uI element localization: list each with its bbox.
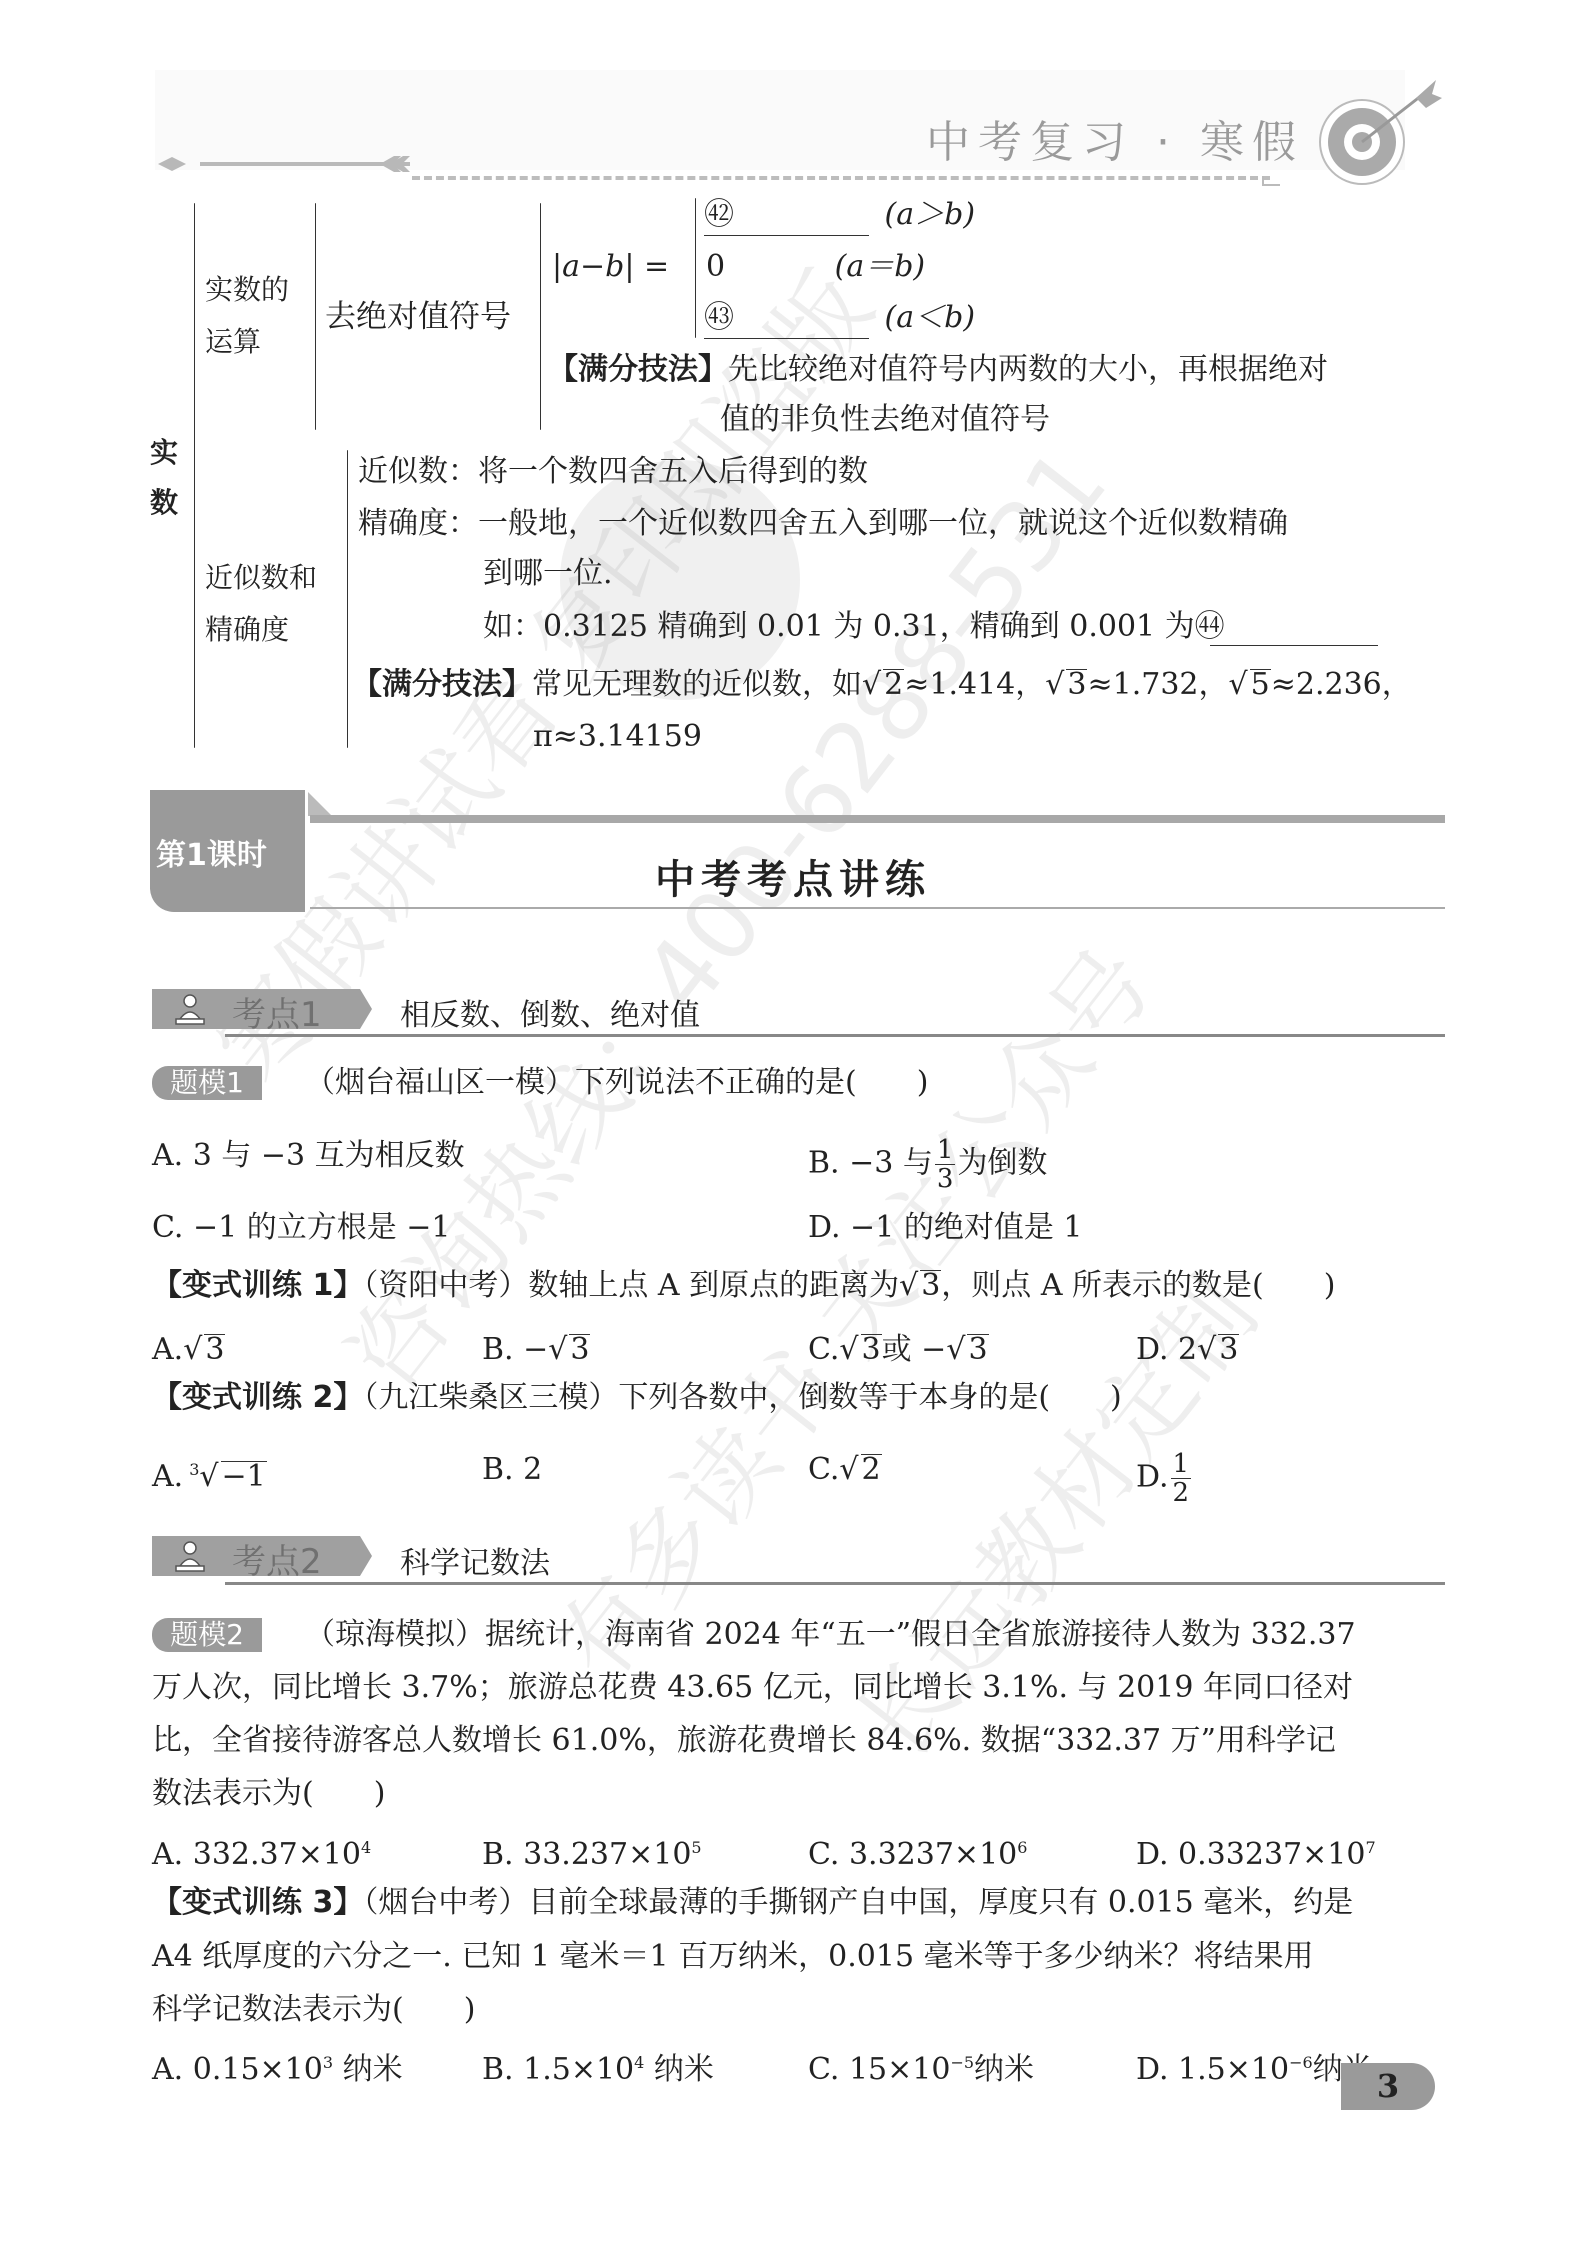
student-reading-icon bbox=[172, 993, 208, 1027]
timo1-stem: （烟台福山区一模）下列说法不正确的是( ) bbox=[305, 1063, 928, 1103]
variant3-option-c[interactable]: C. 15×10−5纳米 bbox=[808, 2043, 1034, 2090]
timo2-option-b[interactable]: B. 33.237×105 bbox=[482, 1828, 702, 1875]
cases-brace bbox=[695, 198, 696, 338]
student-reading-icon bbox=[172, 1540, 208, 1574]
variant1-option-b[interactable]: B. −√3 bbox=[482, 1330, 590, 1370]
variant3-line3: 科学记数法表示为( ) bbox=[152, 1990, 475, 2030]
stem-text: （烟台中考）目前全球最薄的手撕钢产自中国，厚度只有 0.015 毫米，约是 bbox=[363, 1885, 1353, 1920]
timo2-option-d[interactable]: D. 0.33237×107 bbox=[1136, 1828, 1376, 1875]
approx-def2: 精确度：一般地，一个近似数四舍五入到哪一位，就说这个近似数精确 bbox=[358, 504, 1288, 544]
stem-text: （九江柴桑区三模）下列各数中，倒数等于本身的是( ) bbox=[363, 1380, 1121, 1415]
option-text: B. −3 与 bbox=[808, 1146, 933, 1181]
header-arrow-icon bbox=[158, 154, 418, 176]
ops-label-2: 运算 bbox=[205, 322, 261, 362]
timo1-option-a[interactable]: A. 3 与 −3 互为相反数 bbox=[152, 1136, 465, 1176]
lesson-top-bar bbox=[310, 815, 1445, 823]
variant1-stem: 【变式训练 1】（资阳中考）数轴上点 A 到原点的距离为√3，则点 A 所表示的… bbox=[152, 1266, 1335, 1306]
lesson-corner-icon bbox=[308, 792, 332, 816]
variant1-tag: 【变式训练 1】 bbox=[152, 1268, 363, 1303]
tip-text: 先比较绝对值符号内两数的大小，再根据绝对 bbox=[728, 352, 1328, 387]
approx-example: 如：0.3125 精确到 0.01 为 0.31，精确到 0.001 为 bbox=[483, 609, 1195, 644]
sqrt-3: 3 bbox=[1066, 669, 1087, 700]
kaodian1-underline bbox=[225, 1034, 1445, 1037]
variant1-option-a[interactable]: A.√3 bbox=[152, 1330, 225, 1370]
case2-value: 0 bbox=[706, 249, 725, 284]
kaodian2-badge: 考点2 bbox=[152, 1532, 352, 1578]
variant3-option-b[interactable]: B. 1.5×104 纳米 bbox=[482, 2043, 714, 2090]
tip-value: ≈1.414， bbox=[904, 667, 1045, 702]
header-dotted-line bbox=[412, 176, 1270, 180]
timo2-line1: （琼海模拟）据统计，海南省 2024 年“五一”假日全省旅游接待人数为 332.… bbox=[305, 1615, 1356, 1655]
sqrt-3: 3 bbox=[920, 1270, 941, 1301]
marker-43: ㊸ bbox=[704, 300, 734, 335]
timo1-tag: 题模1 bbox=[152, 1066, 262, 1100]
lesson-badge: 第1课时 bbox=[150, 790, 305, 912]
tip-value: ≈2.236， bbox=[1271, 667, 1412, 702]
variant2-option-a[interactable]: A.3√−1 bbox=[152, 1450, 267, 1497]
outline-root-brace bbox=[194, 203, 195, 748]
outline-root-label: 实数 bbox=[150, 428, 184, 528]
lesson-badge-label: 第1课时 bbox=[156, 830, 267, 874]
timo2-option-a[interactable]: A. 332.37×104 bbox=[152, 1828, 371, 1875]
variant3-tag: 【变式训练 3】 bbox=[152, 1885, 363, 1920]
header-line-end-foot bbox=[1262, 184, 1280, 186]
option-text: 为倒数 bbox=[957, 1146, 1047, 1181]
timo2-line4: 数法表示为( ) bbox=[152, 1774, 385, 1814]
variant2-option-c[interactable]: C.√2 bbox=[808, 1450, 882, 1490]
sqrt-2: 2 bbox=[883, 669, 904, 700]
ops-sub-brace bbox=[540, 203, 541, 430]
marker-44: ㊹ bbox=[1195, 609, 1225, 644]
case3-condition: (a＜b) bbox=[885, 300, 976, 335]
approx-label-2: 精确度 bbox=[205, 610, 289, 650]
ops-brace bbox=[315, 203, 316, 430]
variant2-stem: 【变式训练 2】（九江柴桑区三模）下列各数中，倒数等于本身的是( ) bbox=[152, 1378, 1122, 1418]
tip-tag: 【满分技法】 bbox=[352, 667, 532, 702]
kaodian2-badge-label: 考点2 bbox=[232, 1534, 322, 1583]
case2-condition: (a＝b) bbox=[835, 249, 926, 284]
blank-43[interactable]: ㊸ bbox=[704, 298, 869, 339]
tip-tag: 【满分技法】 bbox=[548, 352, 728, 387]
variant2-option-d[interactable]: D.12 bbox=[1136, 1450, 1193, 1507]
variant2-option-b[interactable]: B. 2 bbox=[482, 1450, 542, 1490]
timo2-option-c[interactable]: C. 3.3237×106 bbox=[808, 1828, 1027, 1875]
lesson-title: 中考考点讲练 bbox=[655, 848, 931, 905]
target-arrow-icon bbox=[1318, 78, 1458, 198]
blank-44[interactable] bbox=[1210, 645, 1378, 646]
variant3-option-d[interactable]: D. 1.5×10−6纳米 bbox=[1136, 2043, 1373, 2090]
timo2-line2: 万人次，同比增长 3.7%；旅游总花费 43.65 亿元，同比增长 3.1%. … bbox=[152, 1668, 1353, 1708]
kaodian1-badge: 考点1 bbox=[152, 985, 352, 1031]
variant3-line2: A4 纸厚度的六分之一. 已知 1 毫米＝1 百万纳米，0.015 毫米等于多少… bbox=[152, 1937, 1314, 1977]
approx-label-1: 近似数和 bbox=[205, 558, 317, 598]
fraction: 13 bbox=[935, 1136, 956, 1193]
tip-text: 常见无理数的近似数，如 bbox=[532, 667, 862, 702]
variant3-option-a[interactable]: A. 0.15×103 纳米 bbox=[152, 2043, 403, 2090]
sqrt-5: 5 bbox=[1250, 669, 1271, 700]
timo2-tag: 题模2 bbox=[152, 1618, 262, 1652]
tip-value: ≈1.732， bbox=[1087, 667, 1228, 702]
approx-brace bbox=[347, 450, 348, 748]
blank-42[interactable]: ㊷ bbox=[704, 195, 869, 236]
kaodian2-title: 科学记数法 bbox=[400, 1538, 550, 1582]
timo2-line3: 比，全省接待游客总人数增长 61.0%，旅游花费增长 84.6%. 数据“332… bbox=[152, 1721, 1336, 1761]
variant1-option-d[interactable]: D. 2√3 bbox=[1136, 1330, 1239, 1370]
lesson-bottom-line bbox=[310, 907, 1445, 909]
timo1-option-b[interactable]: B. −3 与13为倒数 bbox=[808, 1136, 1047, 1193]
approx-def2-cont: 到哪一位. bbox=[483, 554, 613, 594]
variant3-line1: 【变式训练 3】（烟台中考）目前全球最薄的手撕钢产自中国，厚度只有 0.015 … bbox=[152, 1883, 1353, 1923]
header-title: 中考复习 · 寒假 bbox=[926, 106, 1304, 170]
tip-text-cont: 值的非负性去绝对值符号 bbox=[720, 400, 1050, 440]
marker-42: ㊷ bbox=[704, 197, 734, 232]
case1-condition: (a＞b) bbox=[885, 197, 976, 232]
timo1-option-c[interactable]: C. −1 的立方根是 −1 bbox=[152, 1208, 450, 1248]
abs-formula-lhs: |a−b| = bbox=[552, 247, 669, 287]
ops-label-1: 实数的 bbox=[205, 270, 289, 310]
page-number: 3 bbox=[1341, 2063, 1435, 2110]
variant1-option-c[interactable]: C.√3或 −√3 bbox=[808, 1330, 989, 1370]
timo1-option-d[interactable]: D. −1 的绝对值是 1 bbox=[808, 1208, 1082, 1248]
stem-text: （资阳中考）数轴上点 A 到原点的距离为 bbox=[363, 1268, 899, 1303]
tip-pi: π≈3.14159 bbox=[533, 717, 702, 757]
kaodian1-title: 相反数、倒数、绝对值 bbox=[400, 990, 700, 1034]
approx-def1: 近似数：将一个数四舍五入后得到的数 bbox=[358, 452, 868, 492]
kaodian2-underline bbox=[225, 1582, 1445, 1585]
ops-sub-label: 去绝对值符号 bbox=[325, 297, 511, 337]
kaodian1-badge-label: 考点1 bbox=[232, 987, 322, 1036]
variant2-tag: 【变式训练 2】 bbox=[152, 1380, 363, 1415]
stem-text: ，则点 A 所表示的数是( ) bbox=[941, 1268, 1335, 1303]
